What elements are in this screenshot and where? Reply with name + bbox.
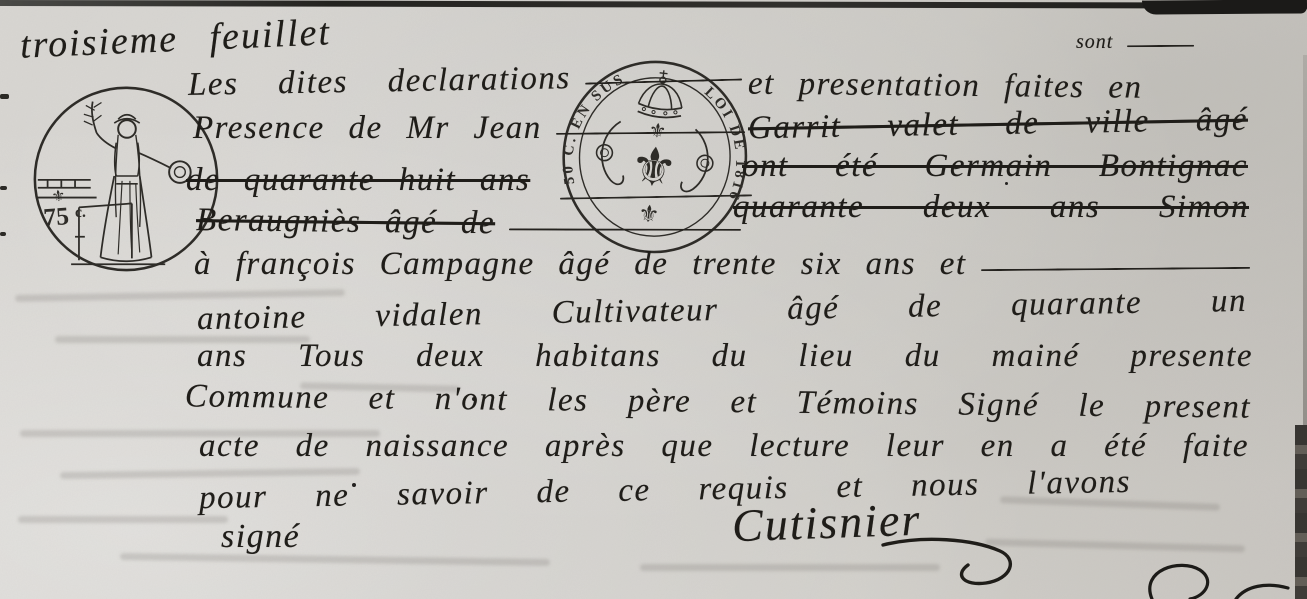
- filler-dash: [981, 266, 1250, 270]
- manuscript-line-3-right-struck: ont été Germain Bontignac: [742, 150, 1248, 183]
- stamp-value: 75: [42, 201, 69, 232]
- manuscript-line-4-left-struck: Beraugniès âgé de: [196, 204, 741, 243]
- filler-dash: [1127, 45, 1194, 48]
- filler-dash: [556, 131, 745, 135]
- signed-label: signé: [221, 520, 300, 554]
- line-text: Beraugniès âgé de: [196, 204, 495, 240]
- line-text: à françois Campagne âgé de trente six an…: [194, 248, 967, 281]
- manuscript-line-4-right-struck: quarante deux ans Simon: [733, 191, 1249, 224]
- manuscript-line-7: ans Tous deux habitans du lieu du mainé …: [197, 340, 1253, 373]
- manuscript-line-1-right: et presentation faites en: [748, 68, 1210, 106]
- manuscript-line-9: acte de naissance après que lecture leur…: [199, 430, 1249, 463]
- manuscript-line-3-left-struck: de quarante huit ans: [186, 164, 531, 197]
- cutoff-signature-stroke: [1118, 558, 1298, 599]
- stamp-unit: c.: [75, 204, 86, 221]
- page-header-note: troisieme feuillet: [19, 13, 331, 65]
- edge-ink-mark: [0, 94, 9, 99]
- edge-ink-mark: [0, 186, 7, 190]
- line-text: Les dites declarations: [188, 62, 571, 102]
- manuscript-line-2-right-struck: Garrit valet de ville âgé: [748, 104, 1248, 146]
- manuscript-page: ⚜ 75 c. ⚜ ⚜ ⚜: [0, 0, 1307, 599]
- line-text: sont: [1076, 32, 1113, 52]
- bleedthrough-line: [120, 553, 550, 566]
- manuscript-line-2-left: Presence de Mr Jean: [193, 112, 745, 145]
- interlinear-insertion: sont: [1076, 32, 1194, 52]
- manuscript-line-5: à françois Campagne âgé de trente six an…: [194, 248, 1250, 281]
- edge-ink-mark: [0, 232, 6, 236]
- filler-dash: [585, 78, 742, 84]
- bleedthrough-line: [18, 516, 228, 523]
- line-text: Presence de Mr Jean: [193, 112, 542, 145]
- page-top-edge-shadow: [1142, 0, 1307, 15]
- filler-dash: [509, 228, 741, 230]
- page-right-edge: [1303, 55, 1307, 425]
- manuscript-line-8: Commune et n'ont les père et Témoins Sig…: [185, 380, 1251, 424]
- signature-flourish: [878, 533, 1028, 595]
- page-top-edge: [0, 0, 1307, 9]
- manuscript-line-6: antoine vidalen Cultivateur âgé de quara…: [197, 285, 1247, 336]
